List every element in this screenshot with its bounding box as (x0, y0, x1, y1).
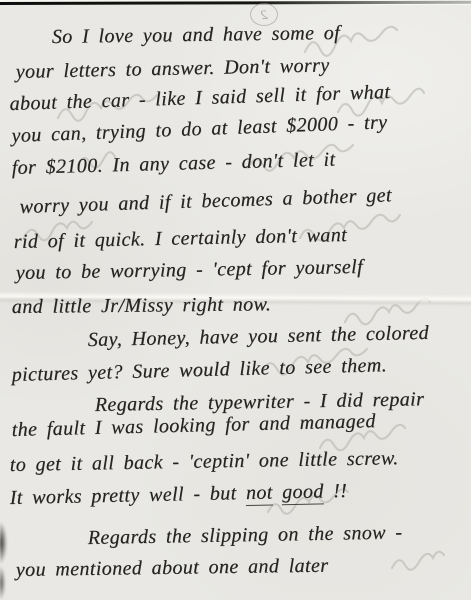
handwritten-line: It works pretty well - but not good !! (9, 478, 347, 511)
scanned-letter-page: 2 So I love you and have some of your le… (0, 0, 471, 600)
underlined-word: not (246, 481, 273, 506)
handwritten-line: and little Jr/Missy right now. (12, 291, 272, 320)
handwritten-line: for $2100. In any case - don't let it (11, 147, 335, 181)
handwritten-line: Regards the slipping on the snow - (88, 520, 403, 551)
handwritten-line: the fault I was looking for and managed (11, 408, 376, 443)
handwritten-line: pictures yet? Sure would like to see the… (11, 352, 387, 388)
handwritten-line: you to be worrying - 'cept for yourself (16, 254, 364, 286)
handwritten-line: your letters to answer. Don't worry (15, 52, 329, 85)
handwritten-line: worry you and if it becomes a bother get (19, 182, 392, 220)
underlined-word: good (282, 480, 324, 505)
line-segment: It works pretty well - but (9, 482, 246, 509)
handwritten-line: Say, Honey, have you sent the colored (87, 320, 429, 353)
handwritten-line: you mentioned about one and later (16, 553, 329, 583)
handwritten-line: rid of it quick. I certainly don't want (13, 222, 347, 255)
letter-text: So I love you and have some of your lett… (0, 0, 471, 600)
handwritten-line: So I love you and have some of (52, 20, 341, 50)
handwritten-line: to get it all back - 'ceptin' one little… (10, 445, 399, 478)
line-segment: !! (323, 480, 347, 502)
